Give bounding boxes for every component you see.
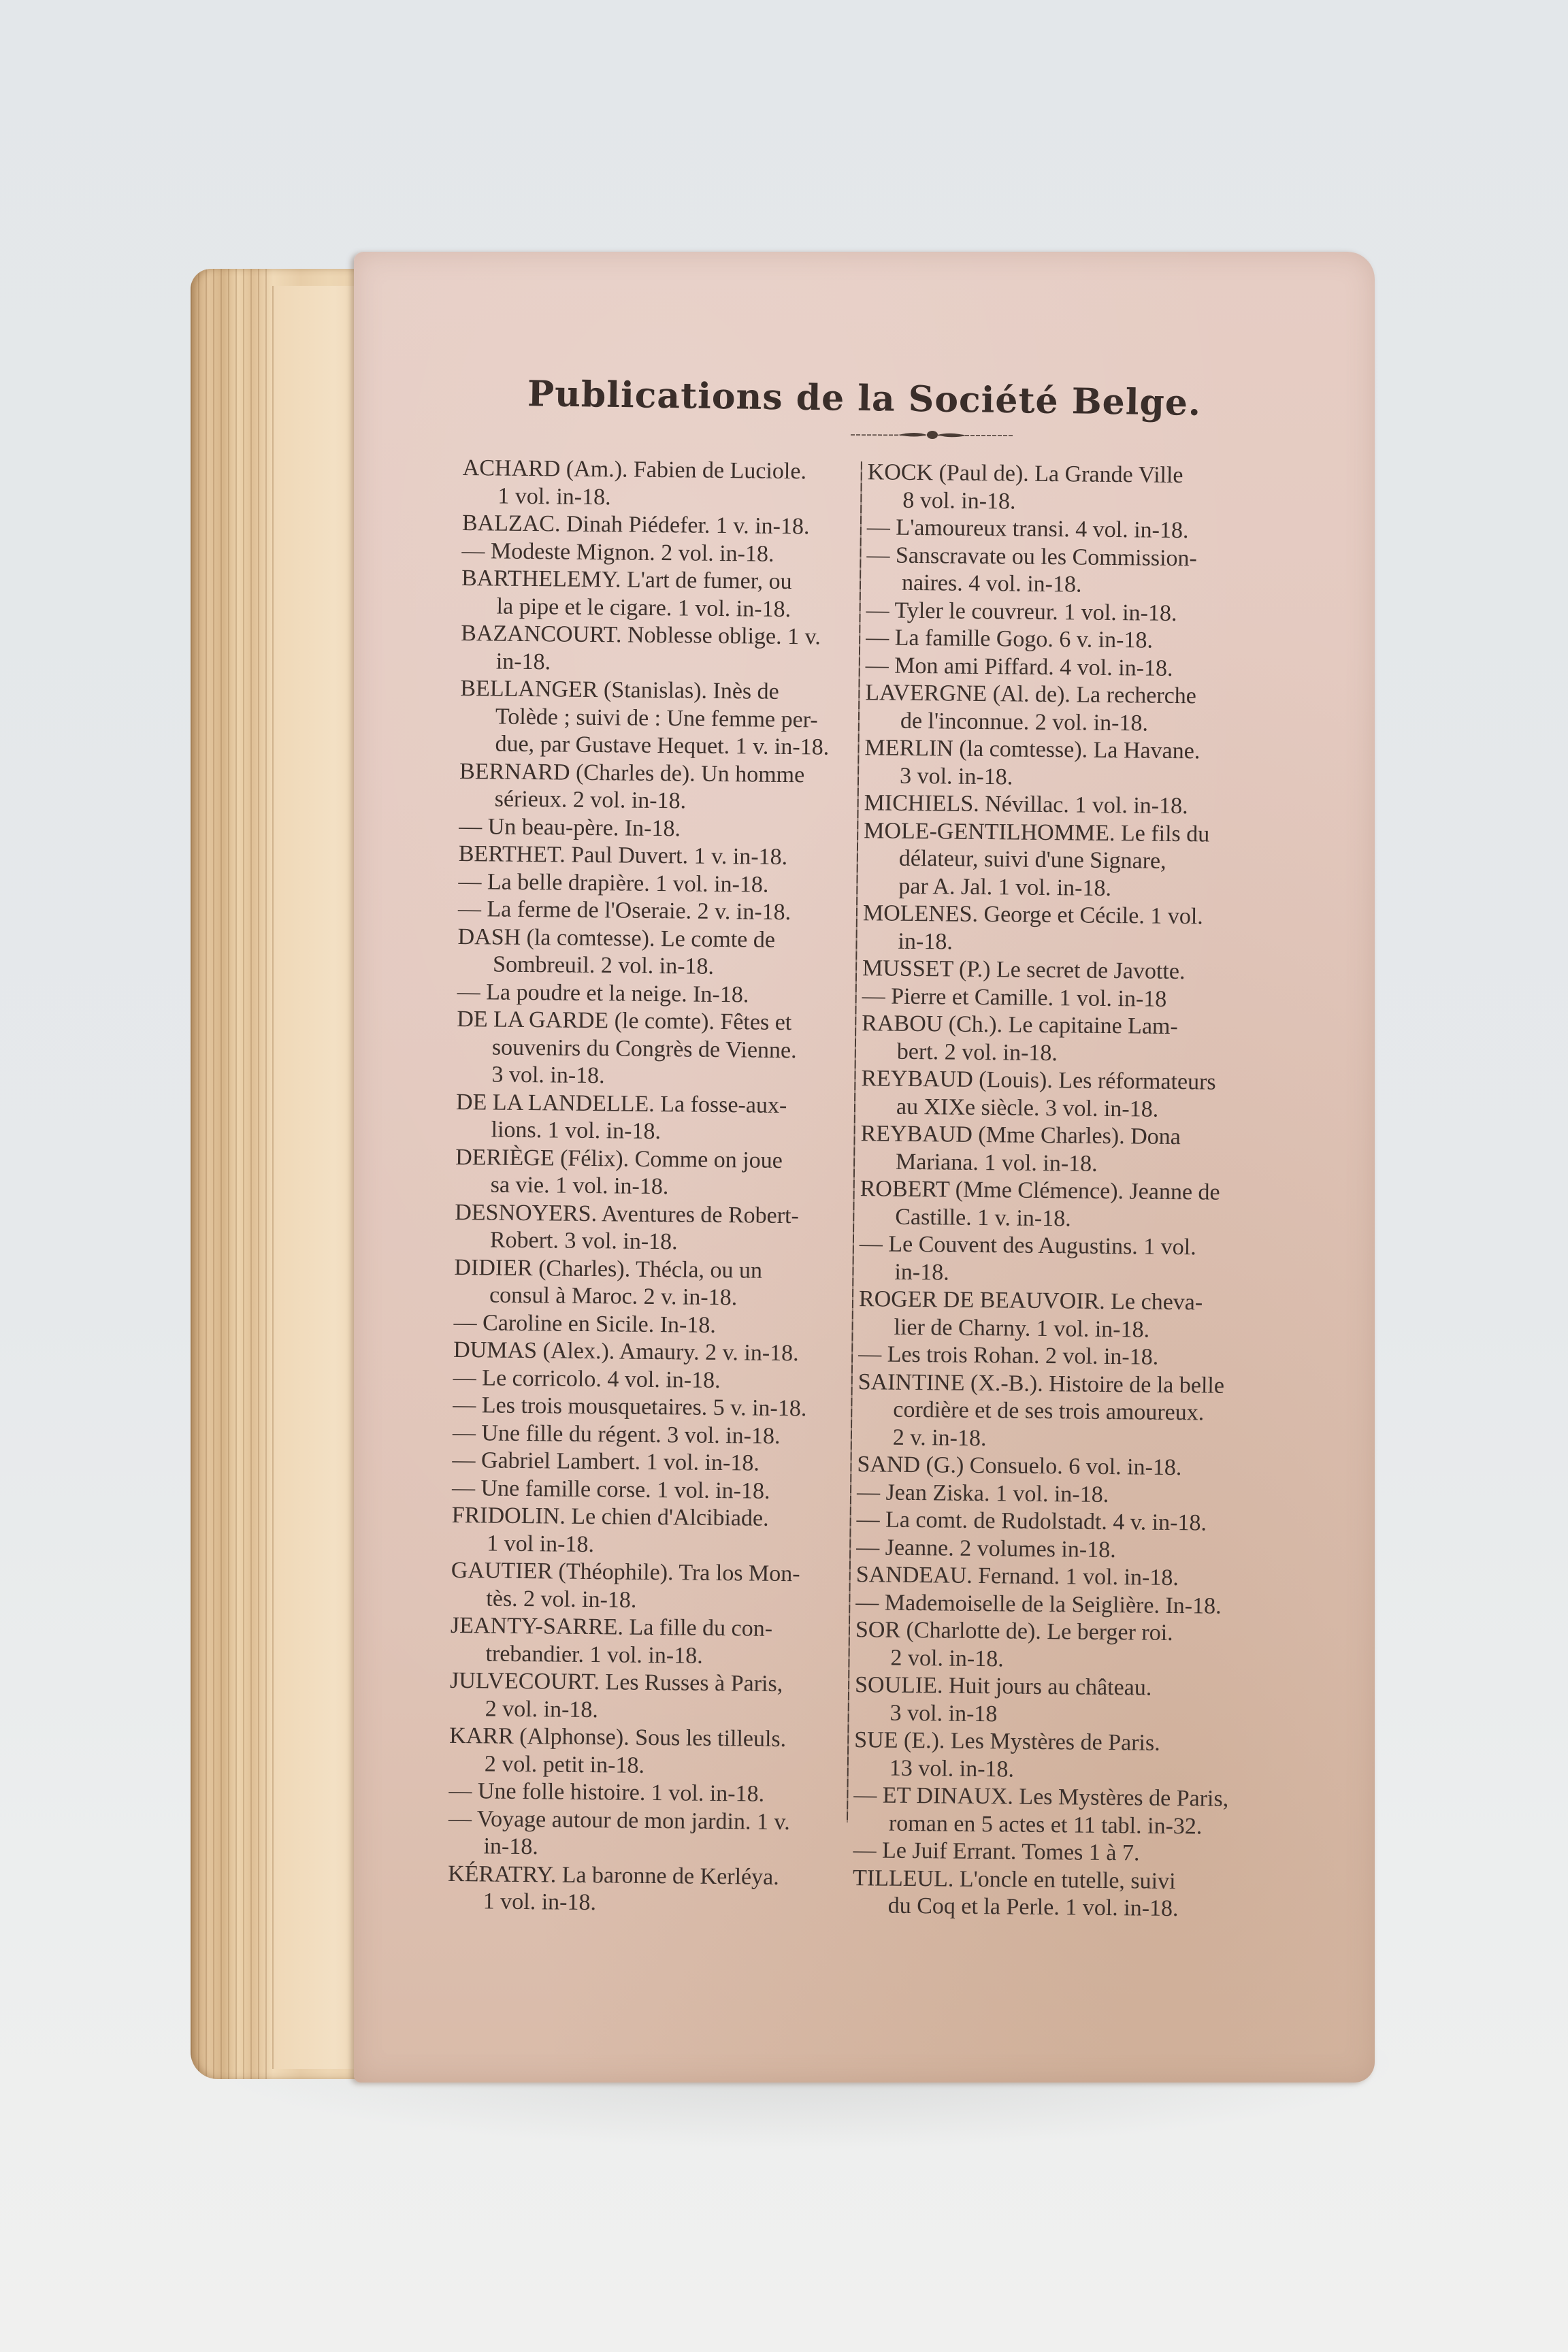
entry-first-line: SAINTINE (X.-B.). Histoire de la belle [858,1369,1260,1401]
publication-entry: KOCK (Paul de). La Grande Ville8 vol. in… [867,459,1269,518]
left-column: ACHARD (Am.). Fabien de Luciole.1 vol. i… [448,455,857,1919]
entry-continuation-line: lions. 1 vol. in-18. [455,1116,850,1148]
publication-entry: — Le Juif Errant. Tomes 1 à 7. [853,1837,1254,1869]
publication-entry: SAINTINE (X.-B.). Histoire de la belleco… [857,1369,1260,1456]
entry-first-line: LAVERGNE (Al. de). La recherche [865,679,1267,711]
entry-first-line: DUMAS (Alex.). Amaury. 2 v. in-18. [453,1337,848,1369]
publication-entry: — Voyage autour de mon jardin. 1 v.in-18… [448,1805,843,1864]
entry-first-line: — Une fille du régent. 3 vol. in-18. [453,1419,847,1451]
publication-entry: GAUTIER (Théophile). Tra los Mon-tès. 2 … [451,1557,846,1616]
entry-first-line: SOULIE. Huit jours au château. [855,1671,1256,1703]
entry-continuation-line: naires. 4 vol. in-18. [866,569,1268,601]
publication-entry: — Pierre et Camille. 1 vol. in-18 [862,983,1263,1015]
entry-first-line: DESNOYERS. Aventures de Robert- [455,1198,849,1230]
entry-continuation-line: trebandier. 1 vol. in-18. [450,1639,845,1671]
entry-first-line: — Jean Ziska. 1 vol. in-18. [857,1479,1258,1511]
entry-first-line: MERLIN (la comtesse). La Havane. [864,734,1266,766]
entry-first-line: ROBERT (Mme Clémence). Jeanne de [860,1175,1262,1207]
publication-entry: — La comt. de Rudolstadt. 4 v. in-18. [856,1506,1258,1538]
publication-entry: BERNARD (Charles de). Un hommesérieux. 2… [459,757,854,817]
publication-entry: KÉRATRY. La baronne de Kerléya.1 vol. in… [448,1860,843,1919]
publication-entry: BERTHET. Paul Duvert. 1 v. in-18. [459,840,853,872]
entry-first-line: — La comt. de Rudolstadt. 4 v. in-18. [856,1506,1258,1538]
publication-entry: MOLENES. George et Cécile. 1 vol.in-18. [862,900,1264,959]
publication-entry: JULVECOURT. Les Russes à Paris,2 vol. in… [449,1667,845,1727]
entry-continuation-line: bert. 2 vol. in-18. [862,1038,1263,1070]
back-cover: Publications de la Société Belge. ACHARD… [354,252,1375,2082]
entry-continuation-line: sérieux. 2 vol. in-18. [459,785,853,817]
entry-first-line: RABOU (Ch.). Le capitaine Lam- [862,1010,1263,1042]
publication-entry: TILLEUL. L'oncle en tutelle, suividu Coq… [852,1865,1254,1924]
publication-entry: — Modeste Mignon. 2 vol. in-18. [461,537,856,569]
publication-entry: DUMAS (Alex.). Amaury. 2 v. in-18. [453,1337,848,1369]
entry-first-line: — La poudre et la neige. In-18. [457,978,852,1010]
entry-first-line: BAZANCOURT. Noblesse oblige. 1 v. [461,620,855,652]
entry-continuation-line: au XIXe siècle. 3 vol. in-18. [861,1093,1262,1125]
entry-first-line: — Les trois mousquetaires. 5 v. in-18. [453,1392,847,1424]
entry-first-line: JULVECOURT. Les Russes à Paris, [450,1667,845,1699]
publication-entry: DE LA LANDELLE. La fosse-aux-lions. 1 vo… [455,1088,851,1147]
entry-continuation-line: 2 vol. in-18. [855,1644,1256,1676]
entry-first-line: JEANTY-SARRE. La fille du con- [451,1612,845,1644]
entry-first-line: REYBAUD (Mme Charles). Dona [860,1120,1262,1152]
entry-first-line: — Le Couvent des Augustins. 1 vol. [860,1230,1261,1262]
publication-entry: — Une fille du régent. 3 vol. in-18. [453,1419,847,1451]
entry-continuation-line: sa vie. 1 vol. in-18. [455,1171,850,1203]
publication-entry: — La poudre et la neige. In-18. [457,978,852,1010]
entry-first-line: KÉRATRY. La baronne de Kerléya. [448,1860,843,1892]
publication-entry: BELLANGER (Stanislas). Inès deTolède ; s… [459,675,855,762]
entry-first-line: FRIDOLIN. Le chien d'Alcibiade. [451,1502,846,1534]
publication-entry: MICHIELS. Névillac. 1 vol. in-18. [864,789,1265,821]
publication-entry: DESNOYERS. Aventures de Robert-Robert. 3… [455,1198,850,1258]
entry-first-line: BELLANGER (Stanislas). Inès de [460,675,855,707]
publication-entry: — Une folle histoire. 1 vol. in-18. [448,1778,843,1810]
publication-entry: ROBERT (Mme Clémence). Jeanne deCastille… [860,1175,1262,1235]
publication-entry: — Jeanne. 2 volumes in-18. [856,1534,1258,1566]
entry-first-line: DASH (la comtesse). Le comte de [457,923,852,955]
entry-first-line: — Une folle histoire. 1 vol. in-18. [448,1778,843,1810]
entry-first-line: ACHARD (Am.). Fabien de Luciole. [463,455,857,487]
publication-entry: ROGER DE BEAUVOIR. Le cheva-lier de Char… [858,1286,1260,1345]
entry-continuation-line: 13 vol. in-18. [854,1754,1256,1786]
entry-continuation-line: 1 vol. in-18. [448,1888,843,1920]
publication-entry: — Mon ami Piffard. 4 vol. in-18. [866,652,1267,684]
entry-first-line: — Mademoiselle de la Seiglière. In-18. [855,1589,1257,1621]
entry-first-line: SAND (G.) Consuelo. 6 vol. in-18. [857,1451,1258,1483]
entry-continuation-line: 2 v. in-18. [857,1424,1259,1456]
entry-continuation-line: in-18. [862,928,1264,960]
publication-entry: — Les trois Rohan. 2 vol. in-18. [858,1341,1260,1373]
entry-first-line: MOLE-GENTILHOMME. Le fils du [864,817,1265,849]
publication-entry: JEANTY-SARRE. La fille du con-trebandier… [450,1612,845,1671]
publication-entry: — Jean Ziska. 1 vol. in-18. [857,1479,1258,1511]
publication-entry: DASH (la comtesse). Le comte deSombreuil… [457,923,853,982]
publication-entry: REYBAUD (Louis). Les réformateursau XIXe… [861,1065,1263,1124]
entry-first-line: KOCK (Paul de). La Grande Ville [868,459,1269,491]
publication-entry: SANDEAU. Fernand. 1 vol. in-18. [856,1561,1258,1593]
publication-columns: ACHARD (Am.). Fabien de Luciole.1 vol. i… [463,455,1313,463]
entry-continuation-line: cordière et de ses trois amoureux. [857,1396,1259,1428]
entry-continuation-line: Sombreuil. 2 vol. in-18. [457,951,852,983]
page-edge-lines [191,269,272,2079]
publication-entry: SOR (Charlotte de). Le berger roi.2 vol.… [855,1616,1257,1676]
entry-first-line: BARTHELEMY. L'art de fumer, ou [461,565,856,597]
entry-continuation-line: tès. 2 vol. in-18. [451,1584,845,1616]
publication-entry: — Caroline en Sicile. In-18. [453,1309,848,1341]
entry-continuation-line: Mariana. 1 vol. in-18. [860,1148,1262,1180]
publication-entry: — Tyler le couvreur. 1 vol. in-18. [866,597,1267,629]
ornament-divider-icon [851,430,1014,440]
entry-first-line: GAUTIER (Théophile). Tra los Mon- [451,1557,846,1589]
entry-continuation-line: due, par Gustave Hequet. 1 v. in-18. [459,730,854,762]
entry-first-line: DE LA GARDE (le comte). Fêtes et [457,1006,851,1038]
entry-first-line: SANDEAU. Fernand. 1 vol. in-18. [856,1561,1258,1593]
entry-first-line: — La famille Gogo. 6 v. in-18. [866,624,1267,656]
entry-first-line: — La ferme de l'Oseraie. 2 v. in-18. [458,896,853,928]
entry-first-line: — Tyler le couvreur. 1 vol. in-18. [866,597,1267,629]
entry-first-line: — Jeanne. 2 volumes in-18. [856,1534,1258,1566]
entry-continuation-line: lier de Charny. 1 vol. in-18. [858,1313,1260,1345]
publication-entry: SAND (G.) Consuelo. 6 vol. in-18. [857,1451,1258,1483]
entry-continuation-line: Tolède ; suivi de : Une femme per- [460,702,855,734]
entry-first-line: DERIÈGE (Félix). Comme on joue [455,1143,850,1175]
entry-first-line: DE LA LANDELLE. La fosse-aux- [456,1088,851,1120]
entry-first-line: MOLENES. George et Cécile. 1 vol. [863,900,1264,932]
entry-first-line: BERTHET. Paul Duvert. 1 v. in-18. [459,840,853,872]
entry-continuation-line: de l'inconnue. 2 vol. in-18. [865,707,1267,739]
publication-entry: — Les trois mousquetaires. 5 v. in-18. [453,1392,847,1424]
entry-first-line: — L'amoureux transi. 4 vol. in-18. [867,514,1269,546]
entry-continuation-line: 1 vol. in-18. [462,482,857,514]
entry-continuation-line: 3 vol. in-18. [456,1061,851,1093]
publication-entry: SOULIE. Huit jours au château.3 vol. in-… [854,1671,1256,1731]
entry-continuation-line: consul à Maroc. 2 v. in-18. [454,1281,849,1313]
entry-first-line: — Caroline en Sicile. In-18. [453,1309,848,1341]
entry-first-line: SUE (E.). Les Mystères de Paris. [854,1727,1256,1759]
right-column: KOCK (Paul de). La Grande Ville8 vol. in… [852,459,1269,1924]
entry-first-line: MICHIELS. Névillac. 1 vol. in-18. [864,789,1265,821]
publication-entry: — Une famille corse. 1 vol. in-18. [452,1474,847,1506]
entry-first-line: BALZAC. Dinah Piédefer. 1 v. in-18. [462,510,857,542]
publication-entry: BAZANCOURT. Noblesse oblige. 1 v.in-18. [461,620,856,679]
entry-continuation-line: in-18. [859,1258,1260,1290]
entry-continuation-line: délateur, suivi d'une Signare, [864,845,1265,877]
entry-continuation-line: la pipe et le cigare. 1 vol. in-18. [461,592,855,624]
entry-first-line: — Pierre et Camille. 1 vol. in-18 [862,983,1263,1015]
publication-entry: FRIDOLIN. Le chien d'Alcibiade.1 vol in-… [451,1502,847,1561]
entry-continuation-line: Castille. 1 v. in-18. [860,1203,1261,1235]
publication-entry: — ET DINAUX. Les Mystères de Paris,roman… [853,1782,1256,1841]
publication-entry: RABOU (Ch.). Le capitaine Lam-bert. 2 vo… [862,1010,1264,1069]
entry-first-line: MUSSET (P.) Le secret de Javotte. [862,955,1264,987]
entry-continuation-line: in-18. [448,1833,843,1865]
publication-entry: — La ferme de l'Oseraie. 2 v. in-18. [458,896,853,928]
publication-entry: — Gabriel Lambert. 1 vol. in-18. [452,1447,847,1479]
entry-first-line: — Sanscravate ou les Commission- [866,542,1268,574]
publication-entry: — Mademoiselle de la Seiglière. In-18. [855,1589,1257,1621]
publication-entry: LAVERGNE (Al. de). La recherchede l'inco… [865,679,1267,738]
publication-entry: DE LA GARDE (le comte). Fêtes etsouvenir… [456,1006,851,1093]
entry-continuation-line: par A. Jal. 1 vol. in-18. [863,872,1264,904]
publication-entry: MERLIN (la comtesse). La Havane.3 vol. i… [864,734,1267,794]
entry-first-line: — La belle drapière. 1 vol. in-18. [458,868,853,900]
entry-continuation-line: Robert. 3 vol. in-18. [455,1226,849,1258]
publication-entry: — Le Couvent des Augustins. 1 vol.in-18. [859,1230,1261,1290]
publication-entry: — Un beau-père. In-18. [459,813,853,845]
entry-continuation-line: 3 vol. in-18 [854,1699,1256,1731]
entry-first-line: — Voyage autour de mon jardin. 1 v. [448,1805,843,1837]
publication-entry: MUSSET (P.) Le secret de Javotte. [862,955,1264,987]
publication-entry: DIDIER (Charles). Thécla, ou unconsul à … [454,1254,849,1313]
entry-continuation-line: roman en 5 actes et 11 tabl. in-32. [853,1810,1255,1842]
entry-continuation-line: 3 vol. in-18. [864,762,1266,794]
entry-first-line: KARR (Alphonse). Sous les tilleuls. [449,1722,844,1754]
entry-first-line: — Un beau-père. In-18. [459,813,853,845]
entry-first-line: — Mon ami Piffard. 4 vol. in-18. [866,652,1267,684]
entry-continuation-line: 2 vol. petit in-18. [449,1750,844,1782]
entry-continuation-line: 1 vol in-18. [451,1529,846,1561]
publication-entry: BARTHELEMY. L'art de fumer, oula pipe et… [461,565,856,624]
entry-continuation-line: in-18. [461,647,855,679]
entry-continuation-line: 2 vol. in-18. [449,1695,844,1727]
publication-entry: DERIÈGE (Félix). Comme on jouesa vie. 1 … [455,1143,851,1203]
cover-title: Publications de la Société Belge. [354,371,1375,427]
entry-continuation-line: souvenirs du Congrès de Vienne. [457,1033,851,1065]
publication-entry: BALZAC. Dinah Piédefer. 1 v. in-18. [462,510,857,542]
entry-first-line: DIDIER (Charles). Thécla, ou un [454,1254,849,1286]
publication-entry: — La belle drapière. 1 vol. in-18. [458,868,853,900]
publication-entry: SUE (E.). Les Mystères de Paris.13 vol. … [854,1727,1256,1786]
entry-first-line: — ET DINAUX. Les Mystères de Paris, [853,1782,1255,1814]
entry-first-line: — Le corricolo. 4 vol. in-18. [453,1364,848,1396]
publication-entry: KARR (Alphonse). Sous les tilleuls.2 vol… [449,1722,845,1782]
entry-first-line: SOR (Charlotte de). Le berger roi. [855,1616,1257,1648]
entry-first-line: — Une famille corse. 1 vol. in-18. [452,1474,847,1506]
publication-entry: — La famille Gogo. 6 v. in-18. [866,624,1267,656]
entry-first-line: — Les trois Rohan. 2 vol. in-18. [858,1341,1260,1373]
entry-first-line: ROGER DE BEAUVOIR. Le cheva- [859,1286,1260,1318]
entry-first-line: BERNARD (Charles de). Un homme [459,757,854,789]
entry-continuation-line: du Coq et la Perle. 1 vol. in-18. [852,1892,1254,1924]
publication-entry: REYBAUD (Mme Charles). DonaMariana. 1 vo… [860,1120,1262,1179]
entry-first-line: — Le Juif Errant. Tomes 1 à 7. [853,1837,1254,1869]
publication-entry: — Sanscravate ou les Commission-naires. … [866,542,1269,601]
entry-first-line: — Gabriel Lambert. 1 vol. in-18. [452,1447,847,1479]
publication-entry: MOLE-GENTILHOMME. Le fils dudélateur, su… [863,817,1265,904]
publication-entry: — Le corricolo. 4 vol. in-18. [453,1364,848,1396]
entry-first-line: REYBAUD (Louis). Les réformateurs [861,1065,1262,1097]
entry-first-line: — Modeste Mignon. 2 vol. in-18. [461,537,856,569]
entry-continuation-line: 8 vol. in-18. [867,487,1269,519]
entry-first-line: TILLEUL. L'oncle en tutelle, suivi [853,1865,1254,1897]
publication-entry: ACHARD (Am.). Fabien de Luciole.1 vol. i… [462,455,857,514]
publication-entry: — L'amoureux transi. 4 vol. in-18. [867,514,1269,546]
